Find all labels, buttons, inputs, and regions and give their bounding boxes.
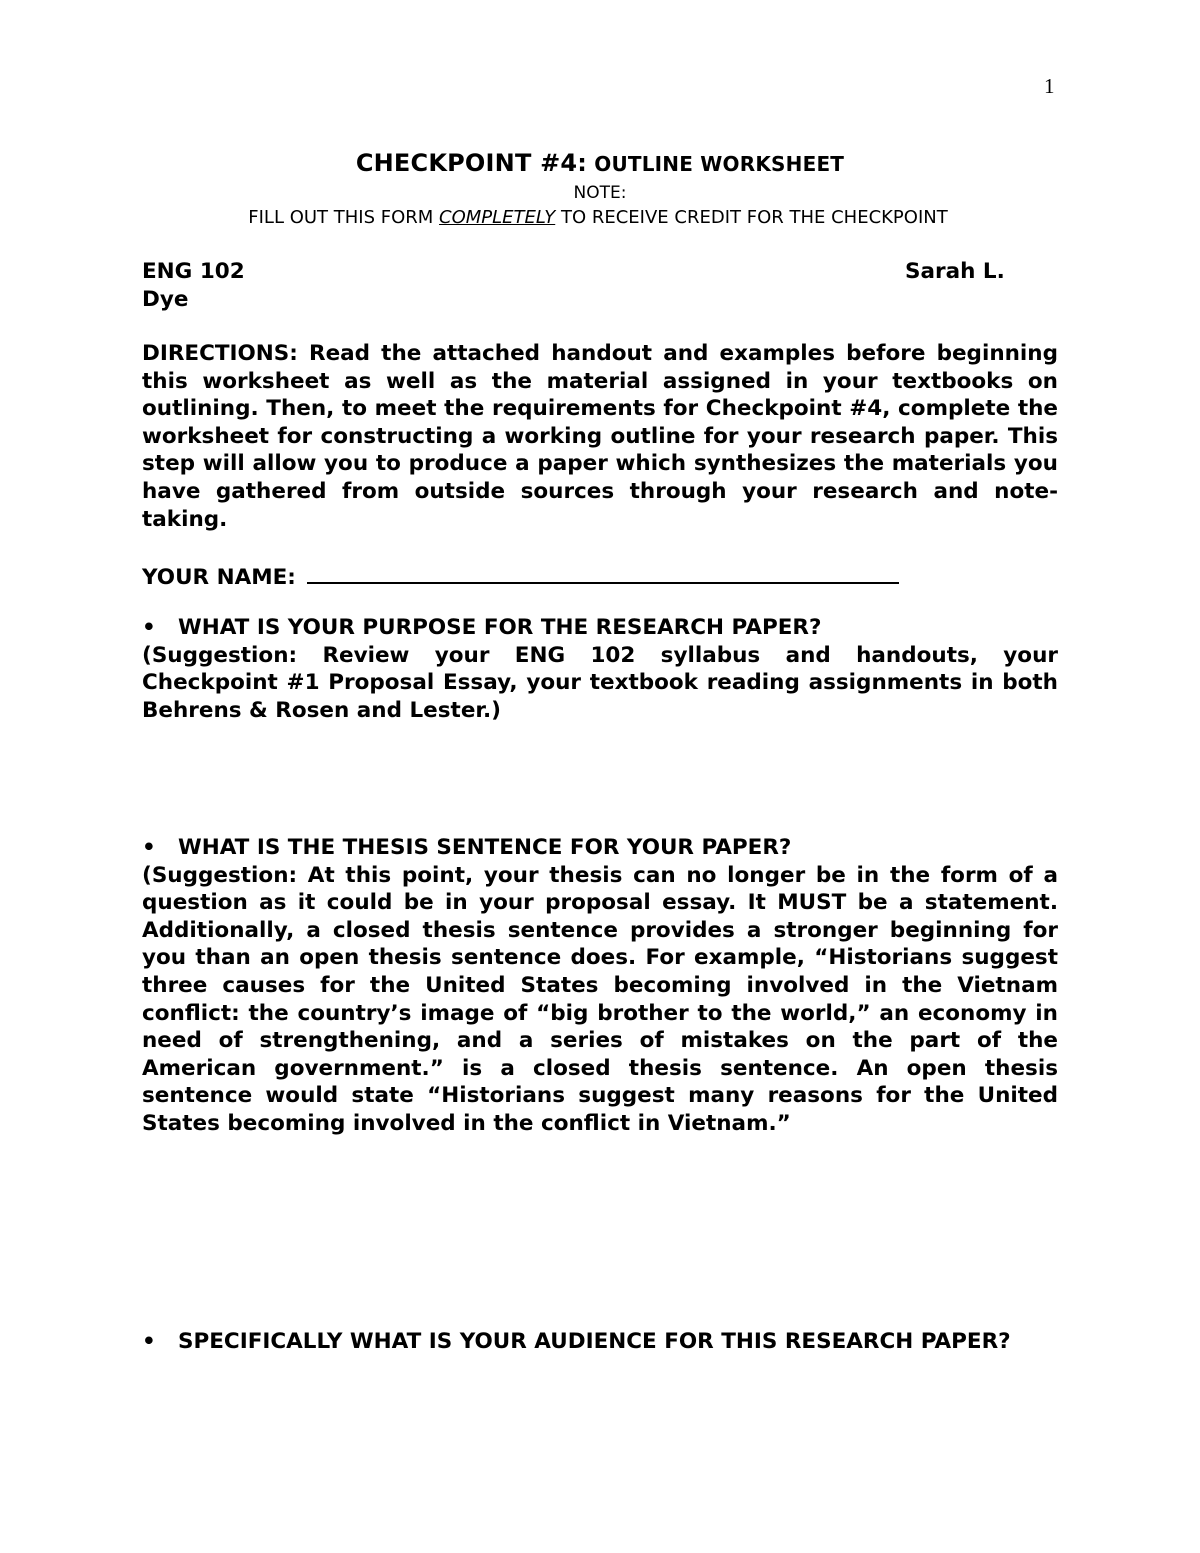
bullet-icon: •	[142, 834, 178, 862]
course-code: ENG 102	[142, 258, 245, 286]
question-prompt: SPECIFICALLY WHAT IS YOUR AUDIENCE FOR T…	[178, 1328, 1058, 1356]
course-info: ENG 102 Sarah L. Dye	[142, 258, 1058, 313]
title-sub: OUTLINE WORKSHEET	[587, 152, 844, 176]
question-audience: • SPECIFICALLY WHAT IS YOUR AUDIENCE FOR…	[142, 1328, 1058, 1356]
bullet-icon: •	[142, 1328, 178, 1356]
name-input[interactable]	[307, 560, 899, 584]
question-purpose: • WHAT IS YOUR PURPOSE FOR THE RESEARCH …	[142, 614, 1058, 724]
question-prompt: WHAT IS YOUR PURPOSE FOR THE RESEARCH PA…	[178, 614, 1058, 642]
directions-paragraph: DIRECTIONS: Read the attached handout an…	[142, 340, 1058, 533]
instructor-first: Sarah L.	[905, 258, 1005, 286]
fill-suffix: TO RECEIVE CREDIT FOR THE CHECKPOINT	[555, 207, 948, 228]
fill-emphasis: COMPLETELY	[439, 207, 555, 228]
question-prompt: WHAT IS THE THESIS SENTENCE FOR YOUR PAP…	[178, 834, 1058, 862]
name-label: YOUR NAME:	[142, 565, 296, 590]
worksheet-header: CHECKPOINT #4: OUTLINE WORKSHEET NOTE: F…	[0, 146, 1200, 231]
fill-instruction: FILL OUT THIS FORM COMPLETELY TO RECEIVE…	[0, 205, 1200, 231]
bullet-icon: •	[142, 614, 178, 642]
title-main: CHECKPOINT #4:	[356, 149, 587, 177]
question-suggestion: (Suggestion: At this point, your thesis …	[142, 862, 1058, 1138]
name-field-row: YOUR NAME:	[142, 560, 1058, 592]
question-suggestion: (Suggestion: Review your ENG 102 syllabu…	[142, 642, 1058, 725]
instructor-last: Dye	[142, 286, 1058, 314]
fill-prefix: FILL OUT THIS FORM	[248, 207, 439, 228]
page-number: 1	[1044, 74, 1055, 99]
page-title: CHECKPOINT #4: OUTLINE WORKSHEET	[0, 146, 1200, 181]
question-thesis: • WHAT IS THE THESIS SENTENCE FOR YOUR P…	[142, 834, 1058, 1138]
note-label: NOTE:	[0, 181, 1200, 205]
